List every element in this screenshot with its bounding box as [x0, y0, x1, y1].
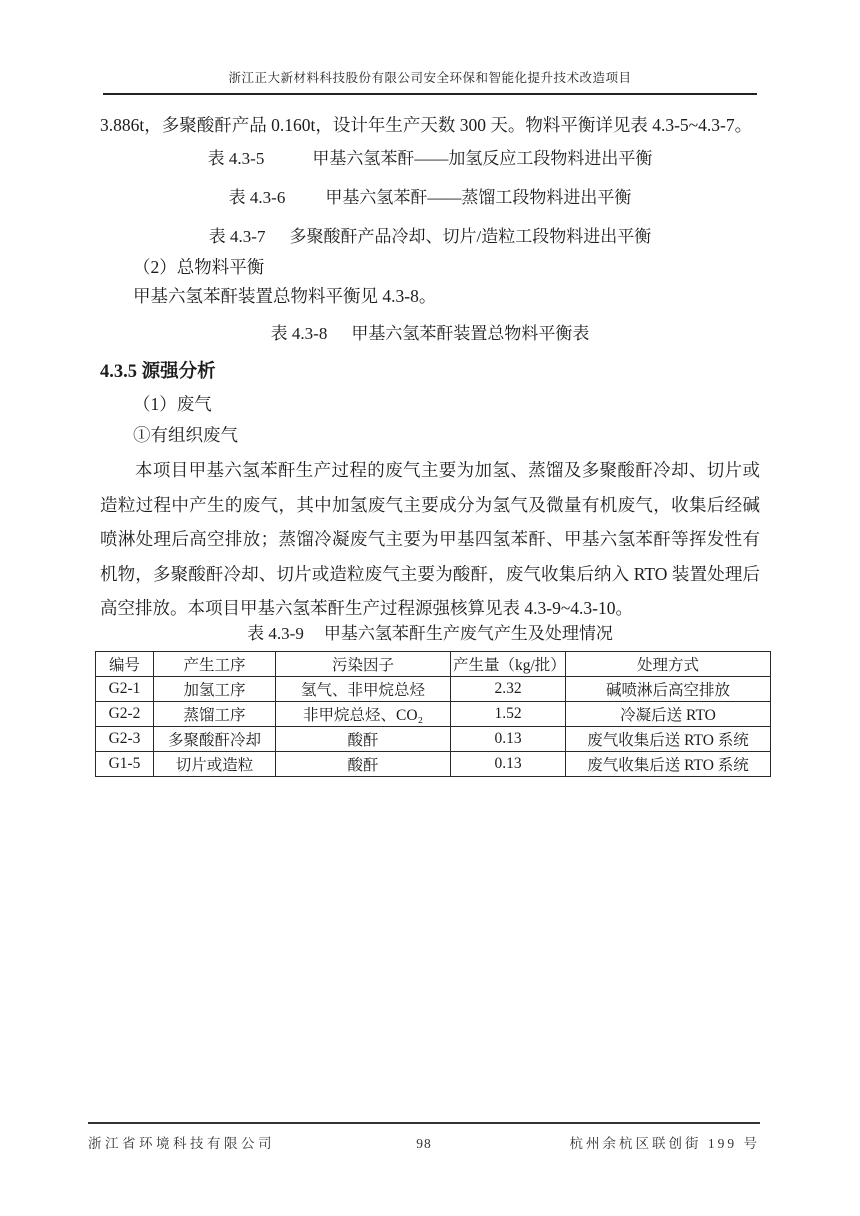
footer-page-number: 98 [384, 1136, 464, 1152]
caption-label: 表 4.3-7 [209, 227, 266, 246]
table-cell: G2-1 [96, 676, 154, 701]
document-page: 浙江正大新材料科技股份有限公司安全环保和智能化提升技术改造项目 3.886t，多… [0, 0, 860, 1216]
waste-gas-paragraph: 本项目甲基六氢苯酐生产过程的废气主要为加氢、蒸馏及多聚酸酐冷却、切片或造粒过程中… [100, 453, 760, 626]
caption-title: 甲基六氢苯酐——蒸馏工段物料进出平衡 [325, 188, 631, 207]
caption-title: 甲基六氢苯酐——加氢反应工段物料进出平衡 [312, 149, 652, 168]
table-header-row: 编号产生工序污染因子产生量（kg/批）处理方式 [96, 651, 771, 676]
total-balance-sentence: 甲基六氢苯酐装置总物料平衡见 4.3-8。 [100, 279, 760, 313]
table-cell: 废气收集后送 RTO 系统 [566, 751, 771, 776]
table-header-cell: 编号 [96, 651, 154, 676]
table-header-cell: 处理方式 [566, 651, 771, 676]
caption-title: 甲基六氢苯酐生产废气产生及处理情况 [324, 624, 613, 643]
table-cell: G1-5 [96, 751, 154, 776]
table-row: G2-3多聚酸酐冷却酸酐0.13废气收集后送 RTO 系统 [96, 726, 771, 751]
table-cell: 2.32 [451, 676, 566, 701]
table-cell: 酸酐 [276, 751, 451, 776]
intro-line: 3.886t，多聚酸酐产品 0.160t，设计年生产天数 300 天。物料平衡详… [100, 108, 760, 142]
table-cell: 非甲烷总烃、CO₂ [276, 701, 451, 726]
table-row: G2-2蒸馏工序非甲烷总烃、CO₂1.52冷凝后送 RTO [96, 701, 771, 726]
table-row: G2-1加氢工序氢气、非甲烷总烃2.32碱喷淋后高空排放 [96, 676, 771, 701]
table-cell: 废气收集后送 RTO 系统 [566, 726, 771, 751]
table-cell: G2-3 [96, 726, 154, 751]
page-header: 浙江正大新材料科技股份有限公司安全环保和智能化提升技术改造项目 [103, 68, 757, 95]
table-header-cell: 污染因子 [276, 651, 451, 676]
header-title: 浙江正大新材料科技股份有限公司安全环保和智能化提升技术改造项目 [228, 71, 631, 85]
table-cell: 0.13 [451, 726, 566, 751]
table-row: G1-5切片或造粒酸酐0.13废气收集后送 RTO 系统 [96, 751, 771, 776]
sub-item-organized-gas: ①有组织废气 [100, 418, 760, 452]
caption-label: 表 4.3-9 [247, 624, 304, 643]
caption-title: 甲基六氢苯酐装置总物料平衡表 [351, 324, 589, 343]
caption-label: 表 4.3-8 [271, 324, 328, 343]
table-caption-4-3-6: 表 4.3-6甲基六氢苯酐——蒸馏工段物料进出平衡 [100, 181, 760, 215]
waste-gas-table-body: G2-1加氢工序氢气、非甲烷总烃2.32碱喷淋后高空排放G2-2蒸馏工序非甲烷总… [96, 676, 771, 776]
footer-address: 杭州余杭区联创街 199 号 [464, 1132, 760, 1152]
caption-title: 多聚酸酐产品冷却、切片/造粒工段物料进出平衡 [289, 227, 651, 246]
table-cell: 多聚酸酐冷却 [154, 726, 276, 751]
table-header-cell: 产生工序 [154, 651, 276, 676]
list-item-1: （1）废气 [100, 387, 760, 421]
table-cell: 氢气、非甲烷总烃 [276, 676, 451, 701]
table-cell: 0.13 [451, 751, 566, 776]
table-header-cell: 产生量（kg/批） [451, 651, 566, 676]
caption-label: 表 4.3-5 [208, 149, 265, 168]
table-cell: 加氢工序 [154, 676, 276, 701]
table-caption-4-3-8: 表 4.3-8甲基六氢苯酐装置总物料平衡表 [100, 317, 760, 351]
page-footer: 浙江省环境科技有限公司 98 杭州余杭区联创街 199 号 [88, 1122, 760, 1152]
table-cell: 蒸馏工序 [154, 701, 276, 726]
table-cell: G2-2 [96, 701, 154, 726]
table-cell: 切片或造粒 [154, 751, 276, 776]
table-caption-4-3-5: 表 4.3-5甲基六氢苯酐——加氢反应工段物料进出平衡 [100, 142, 760, 176]
section-heading-4-3-5: 4.3.5 源强分析 [100, 355, 760, 389]
page-body: 3.886t，多聚酸酐产品 0.160t，设计年生产天数 300 天。物料平衡详… [100, 108, 760, 777]
waste-gas-table: 编号产生工序污染因子产生量（kg/批）处理方式 G2-1加氢工序氢气、非甲烷总烃… [95, 651, 771, 777]
caption-label: 表 4.3-6 [229, 188, 286, 207]
footer-company: 浙江省环境科技有限公司 [88, 1132, 384, 1152]
table-cell: 碱喷淋后高空排放 [566, 676, 771, 701]
table-cell: 1.52 [451, 701, 566, 726]
table-cell: 酸酐 [276, 726, 451, 751]
table-cell: 冷凝后送 RTO [566, 701, 771, 726]
table-caption-4-3-7: 表 4.3-7多聚酸酐产品冷却、切片/造粒工段物料进出平衡 [100, 220, 760, 254]
waste-gas-table-head: 编号产生工序污染因子产生量（kg/批）处理方式 [96, 651, 771, 676]
